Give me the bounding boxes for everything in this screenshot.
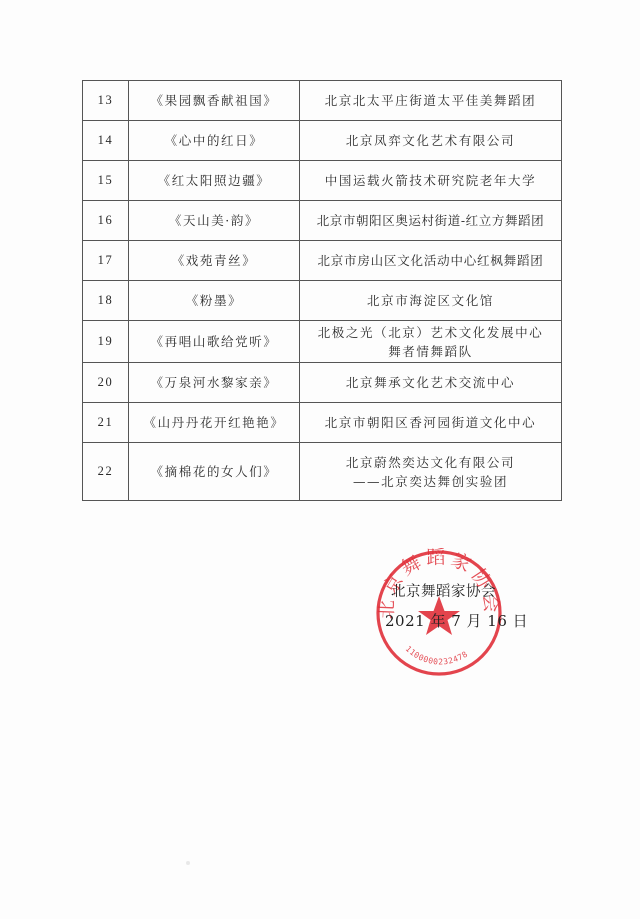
organization: 北京蔚然奕达文化有限公司 ——北京奕达舞创实验团 xyxy=(300,443,562,501)
organization-line: 舞者情舞蹈队 xyxy=(304,342,557,361)
organization: 北京北太平庄街道太平佳美舞蹈团 xyxy=(300,81,562,121)
row-number: 14 xyxy=(83,121,129,161)
table-row: 20 《万泉河水黎家亲》 北京舞承文化艺术交流中心 xyxy=(83,363,562,403)
organization: 北京市朝阳区奥运村街道-红立方舞蹈团 xyxy=(300,201,562,241)
work-title: 《戏苑青丝》 xyxy=(129,241,300,281)
table-row: 21 《山丹丹花开红艳艳》 北京市朝阳区香河园街道文化中心 xyxy=(83,403,562,443)
row-number: 22 xyxy=(83,443,129,501)
organization: 中国运载火箭技术研究院老年大学 xyxy=(300,161,562,201)
svg-text:1100000232478: 1100000232478 xyxy=(404,644,470,666)
row-number: 20 xyxy=(83,363,129,403)
organization: 北极之光（北京）艺术文化发展中心 舞者情舞蹈队 xyxy=(300,321,562,363)
row-number: 15 xyxy=(83,161,129,201)
work-title: 《山丹丹花开红艳艳》 xyxy=(129,403,300,443)
table-row: 16 《天山美·韵》 北京市朝阳区奥运村街道-红立方舞蹈团 xyxy=(83,201,562,241)
organization: 北京市朝阳区香河园街道文化中心 xyxy=(300,403,562,443)
row-number: 19 xyxy=(83,321,129,363)
work-title: 《心中的红日》 xyxy=(129,121,300,161)
table-row: 18 《粉墨》 北京市海淀区文化馆 xyxy=(83,281,562,321)
table-row: 14 《心中的红日》 北京凤弈文化艺术有限公司 xyxy=(83,121,562,161)
signing-date: 2021 年 7 月 16 日 xyxy=(385,610,528,631)
table-row: 15 《红太阳照边疆》 中国运载火箭技术研究院老年大学 xyxy=(83,161,562,201)
organization-line: 北极之光（北京）艺术文化发展中心 xyxy=(304,323,557,342)
scan-speck xyxy=(186,861,190,865)
program-roster-table: 13 《果园飘香献祖国》 北京北太平庄街道太平佳美舞蹈团 14 《心中的红日》 … xyxy=(82,80,562,501)
row-number: 13 xyxy=(83,81,129,121)
work-title: 《果园飘香献祖国》 xyxy=(129,81,300,121)
organization: 北京市海淀区文化馆 xyxy=(300,281,562,321)
row-number: 21 xyxy=(83,403,129,443)
row-number: 17 xyxy=(83,241,129,281)
table-row: 13 《果园飘香献祖国》 北京北太平庄街道太平佳美舞蹈团 xyxy=(83,81,562,121)
row-number: 16 xyxy=(83,201,129,241)
table-row: 17 《戏苑青丝》 北京市房山区文化活动中心红枫舞蹈团 xyxy=(83,241,562,281)
organization: 北京市房山区文化活动中心红枫舞蹈团 xyxy=(300,241,562,281)
work-title: 《天山美·韵》 xyxy=(129,201,300,241)
work-title: 《摘棉花的女人们》 xyxy=(129,443,300,501)
organization-line: ——北京奕达舞创实验团 xyxy=(304,472,557,491)
row-number: 18 xyxy=(83,281,129,321)
signing-organization: 北京舞蹈家协会 xyxy=(391,580,496,601)
organization: 北京舞承文化艺术交流中心 xyxy=(300,363,562,403)
organization: 北京凤弈文化艺术有限公司 xyxy=(300,121,562,161)
work-title: 《万泉河水黎家亲》 xyxy=(129,363,300,403)
work-title: 《粉墨》 xyxy=(129,281,300,321)
organization-line: 北京蔚然奕达文化有限公司 xyxy=(304,453,557,472)
table-row: 22 《摘棉花的女人们》 北京蔚然奕达文化有限公司 ——北京奕达舞创实验团 xyxy=(83,443,562,501)
work-title: 《再唱山歌给党听》 xyxy=(129,321,300,363)
table-row: 19 《再唱山歌给党听》 北极之光（北京）艺术文化发展中心 舞者情舞蹈队 xyxy=(83,321,562,363)
work-title: 《红太阳照边疆》 xyxy=(129,161,300,201)
document-page: 13 《果园飘香献祖国》 北京北太平庄街道太平佳美舞蹈团 14 《心中的红日》 … xyxy=(0,0,640,919)
